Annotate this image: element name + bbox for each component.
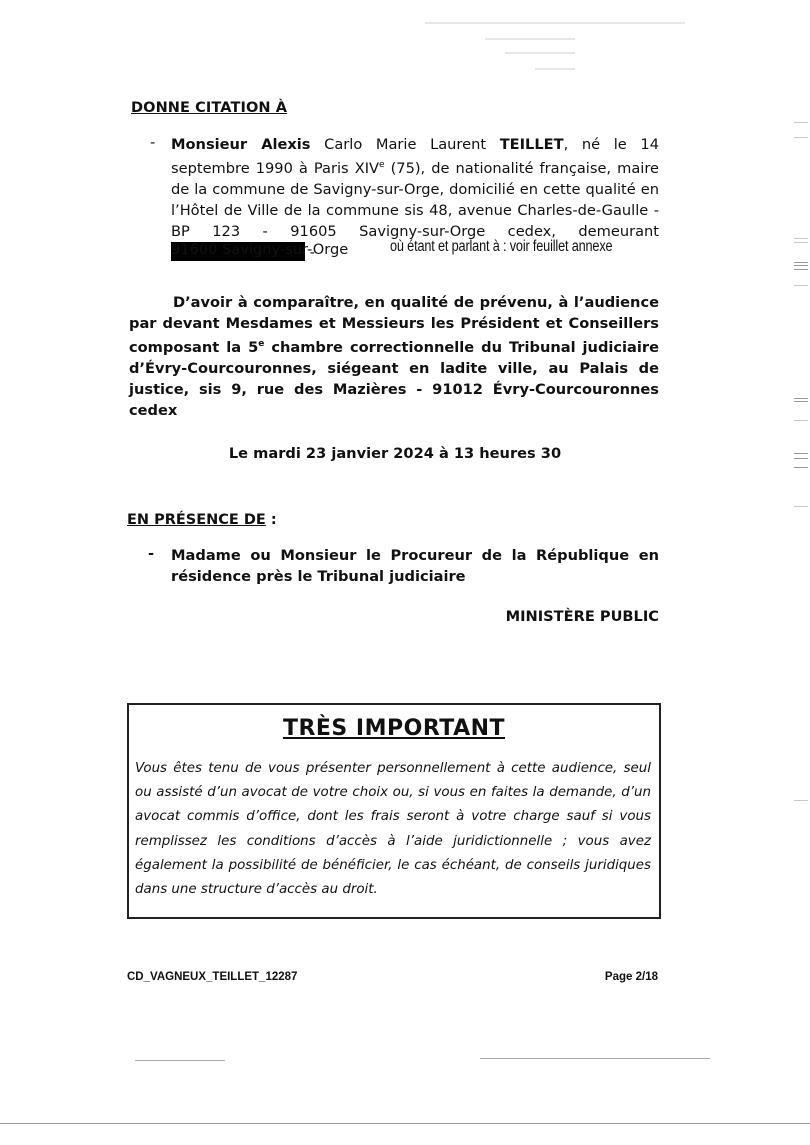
important-notice-box: TRÈS IMPORTANT Vous êtes tenu de vous pr… [127,703,661,919]
summons-paragraph: D’avoir à comparaître, en qualité de pré… [129,292,659,421]
hearing-date: Le mardi 23 janvier 2024 à 13 heures 30 [0,443,810,464]
citation-bullet: - [150,134,155,151]
footer-page-number: Page 2/18 [605,971,658,983]
footer-reference: CD_VAGNEUX_TEILLET_12287 [127,971,297,983]
presence-bullet: - [148,545,154,562]
presence-heading-wrapper: EN PRÉSENCE DE : [127,512,277,528]
citation-heading: DONNE CITATION À [131,100,287,116]
signature-ministere-public: MINISTÈRE PUBLIC [506,606,659,627]
defendant-name-bold: Monsieur Alexis [171,136,311,153]
defendant-surname: TEILLET [500,136,564,153]
notice-title: TRÈS IMPORTANT [129,716,659,741]
prosecutor-text: Madame ou Monsieur le Procureur de la Ré… [171,545,659,587]
defendant-middle-names: Carlo Marie Laurent [311,136,500,153]
scan-noise [425,20,705,90]
presence-heading-colon: : [266,512,277,528]
presence-heading: EN PRÉSENCE DE [127,512,266,528]
handwritten-note: où étant et parlant à : voir feuillet an… [390,238,612,256]
notice-text: Vous êtes tenu de vous présenter personn… [129,757,659,902]
handwritten-annotation: où étant et parlant à : voir feuillet an… [390,236,661,256]
postal-line: 91600 Savigny-sur-Orge [171,239,348,260]
